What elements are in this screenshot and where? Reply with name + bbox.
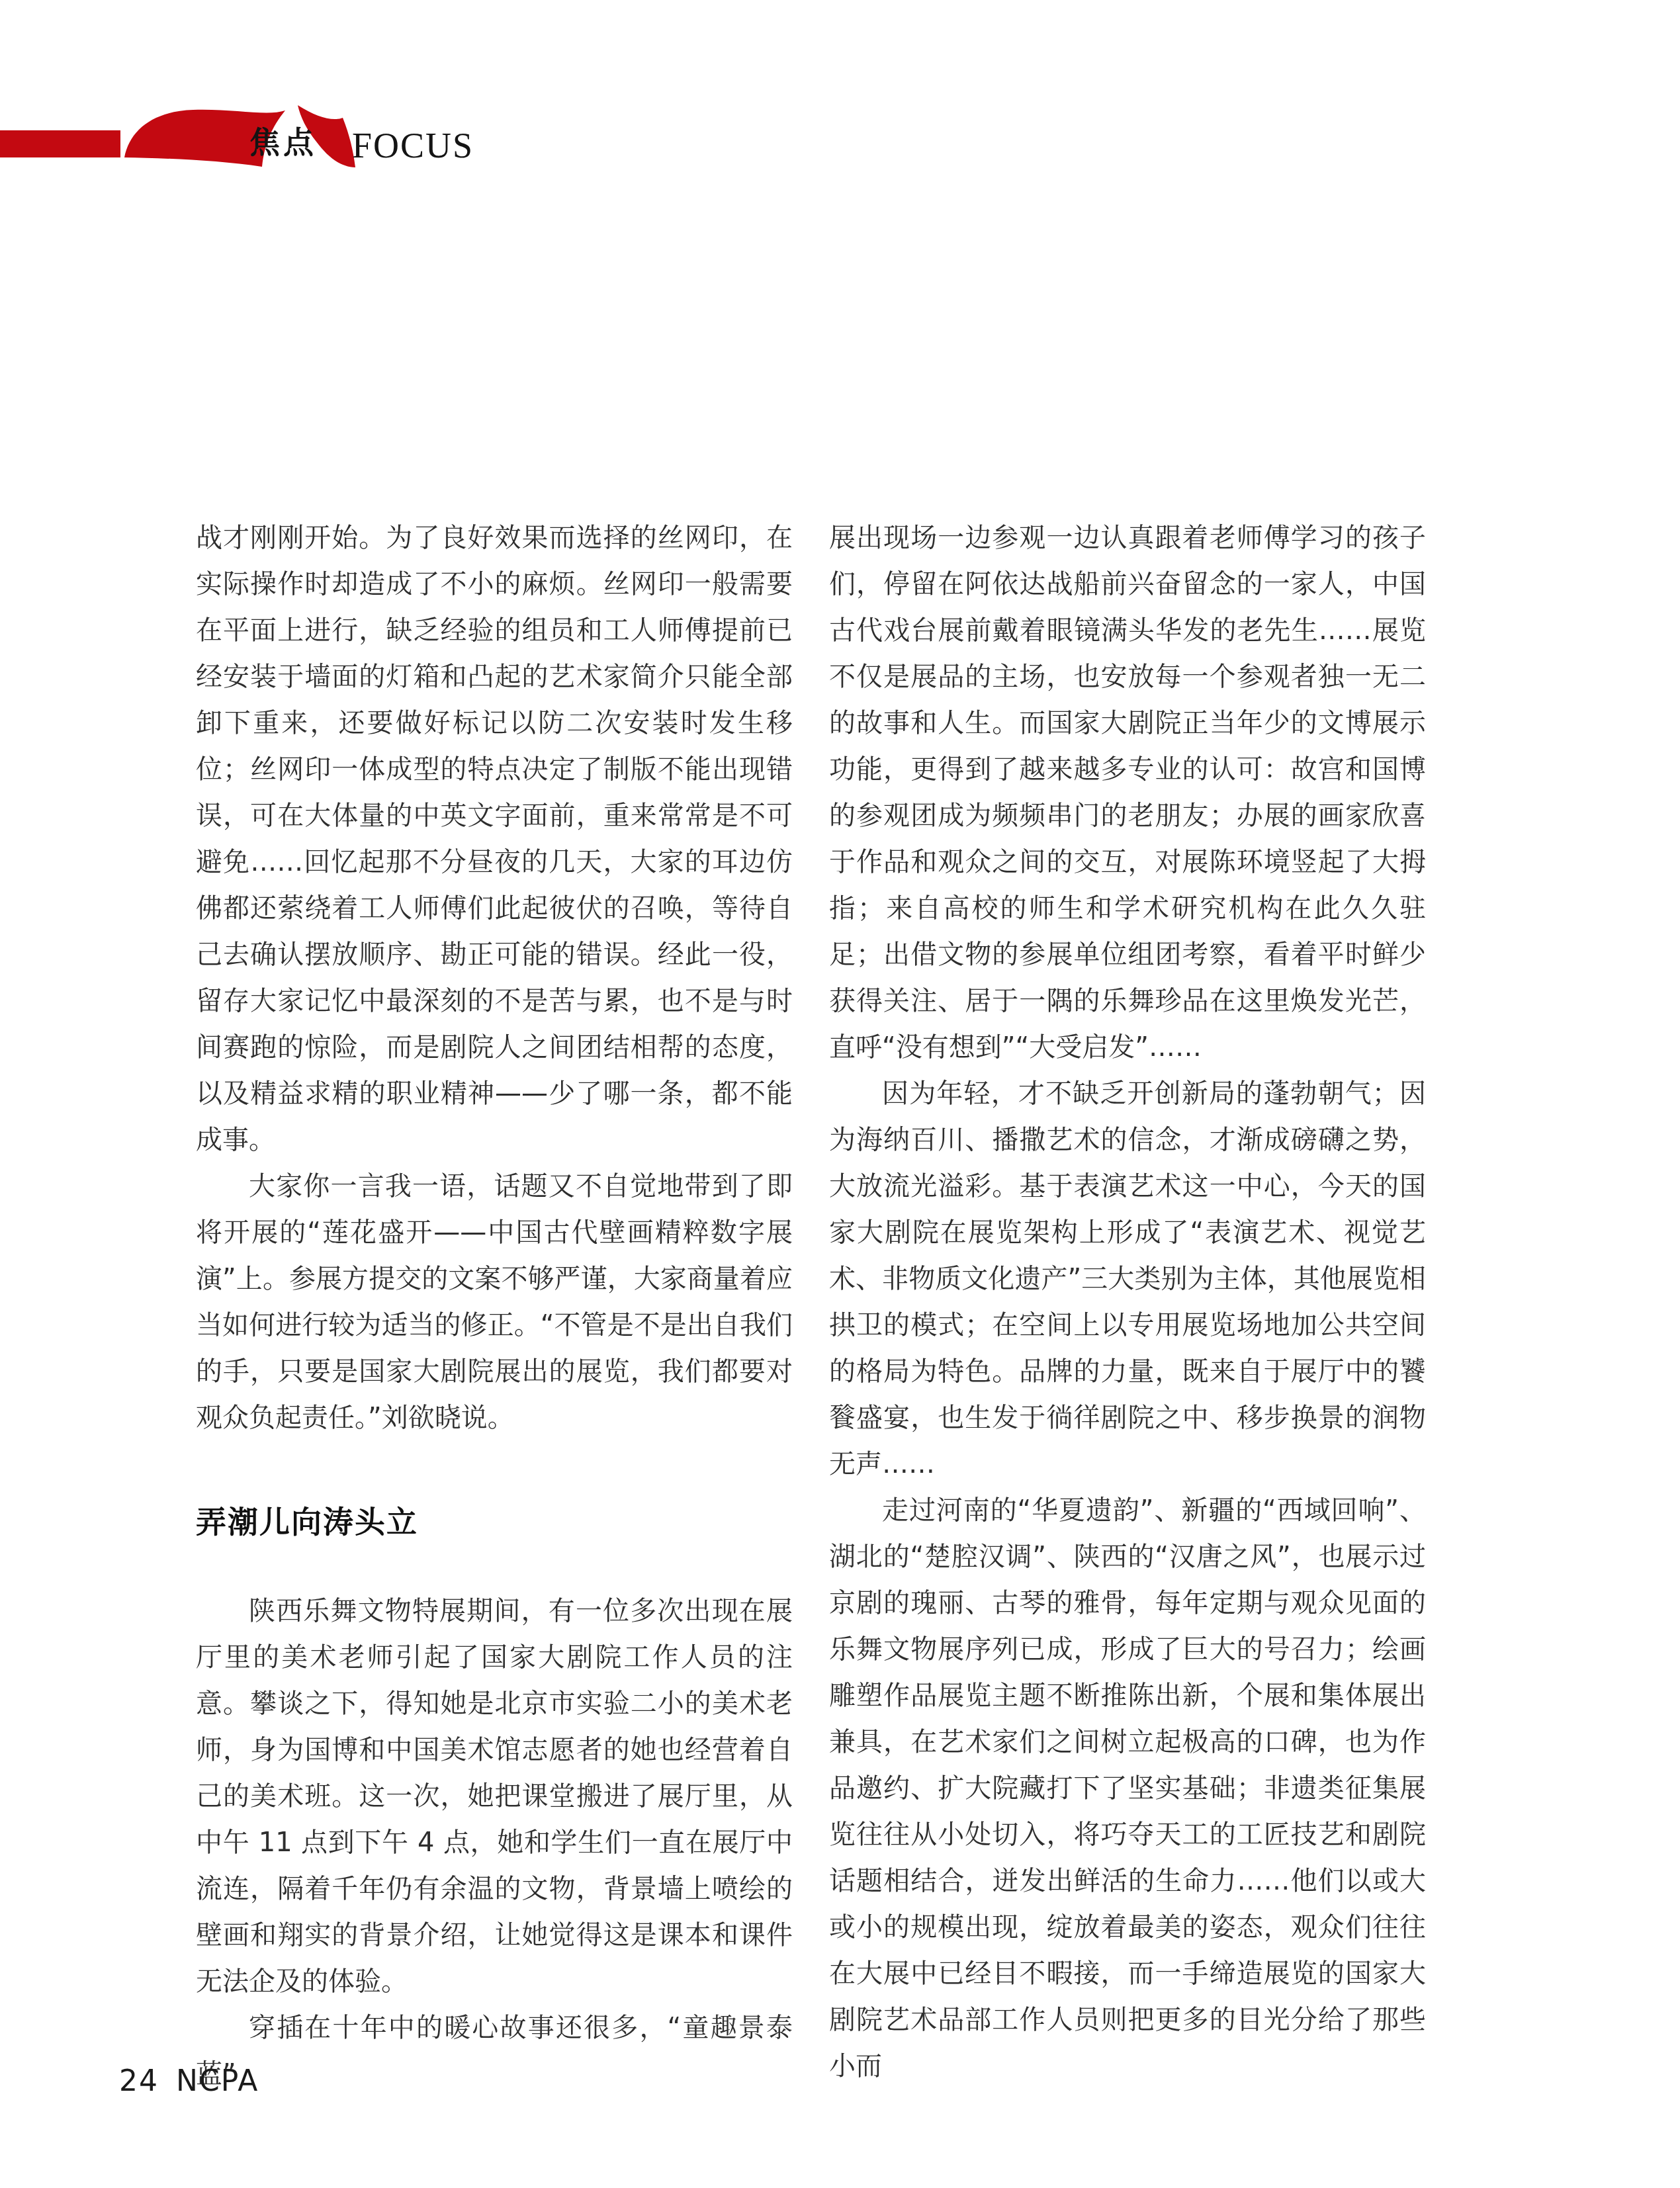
- paragraph: 走过河南的“华夏遗韵”、新疆的“西域回响”、湖北的“楚腔汉调”、陕西的“汉唐之风…: [829, 1487, 1426, 2089]
- paragraph: 展出现场一边参观一边认真跟着老师傅学习的孩子们，停留在阿依达战船前兴奋留念的一家…: [829, 515, 1426, 1071]
- paragraph: 因为年轻，才不缺乏开创新局的蓬勃朝气；因为海纳百川、播撒艺术的信念，才渐成磅礴之…: [829, 1071, 1426, 1487]
- page-number: 24: [119, 2067, 159, 2096]
- paragraph: 穿插在十年中的暖心故事还很多，“童趣景泰蓝”: [196, 2005, 793, 2097]
- paragraph: 大家你一言我一语，话题又不自觉地带到了即将开展的“莲花盛开——中国古代壁画精粹数…: [196, 1163, 793, 1441]
- paragraph: 战才刚刚开始。为了良好效果而选择的丝网印，在实际操作时却造成了不小的麻烦。丝网印…: [196, 515, 793, 1163]
- paragraph: 陕西乐舞文物特展期间，有一位多次出现在展厅里的美术老师引起了国家大剧院工作人员的…: [196, 1588, 793, 2005]
- section-title-en: FOCUS: [352, 128, 474, 163]
- section-title-cn: 焦点: [249, 127, 317, 157]
- page-footer: 24 NCPA: [119, 2067, 259, 2096]
- right-column: 展出现场一边参观一边认真跟着老师傅学习的孩子们，停留在阿依达战船前兴奋留念的一家…: [829, 515, 1426, 2089]
- accent-bar: [0, 130, 120, 157]
- magazine-code: NCPA: [176, 2067, 259, 2096]
- subheading: 弄潮儿向涛头立: [196, 1496, 793, 1548]
- focus-section-logo: [0, 0, 503, 198]
- left-column: 战才刚刚开始。为了良好效果而选择的丝网印，在实际操作时却造成了不小的麻烦。丝网印…: [196, 515, 793, 2097]
